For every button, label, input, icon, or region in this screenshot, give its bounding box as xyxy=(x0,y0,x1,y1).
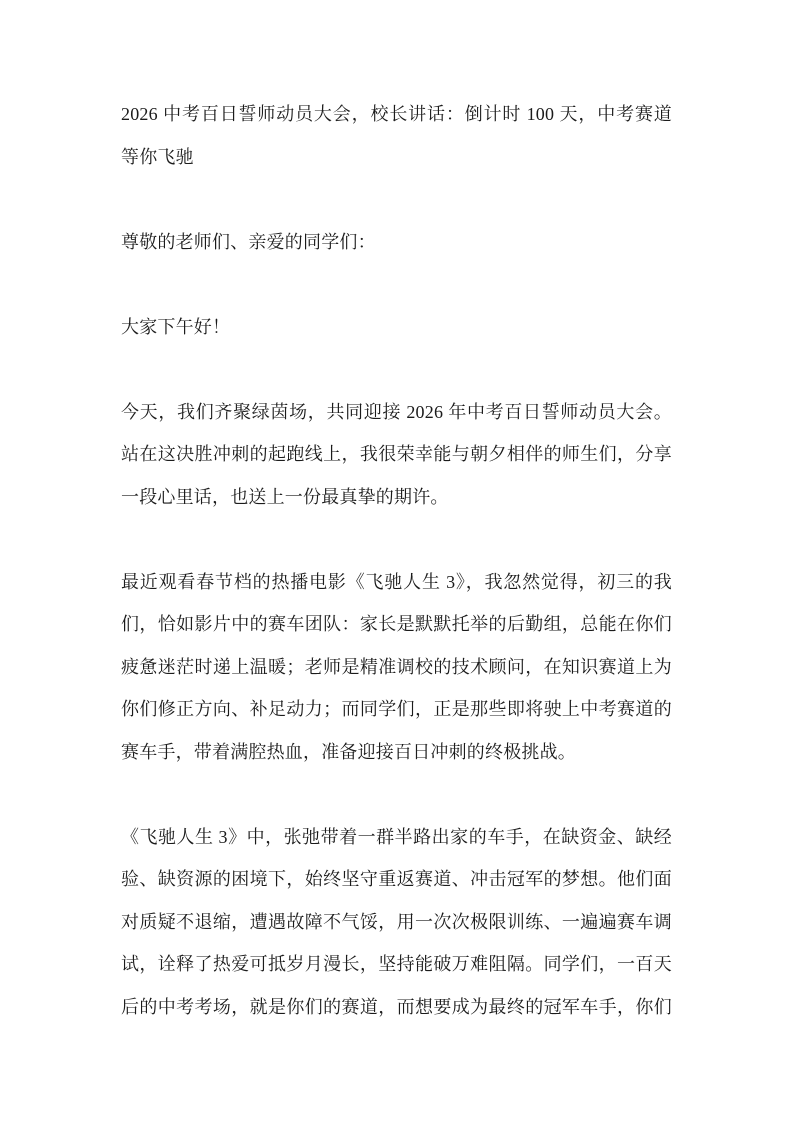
document-title: 2026 中考百日誓师动员大会，校长讲话：倒计时 100 天，中考赛道等你飞驰 xyxy=(121,93,672,178)
text-line: 尊敬的老师们、亲爱的同学们： xyxy=(121,221,672,264)
text-line: 对质疑不退缩，遭遇故障不气馁，用一次次极限训练、一遍遍赛车调 xyxy=(121,901,672,944)
text-line: 试，诠释了热爱可抵岁月漫长，坚持能破万难阻隔。同学们，一百天 xyxy=(121,943,672,986)
text-line: 验、缺资源的困境下，始终坚守重返赛道、冲击冠军的梦想。他们面 xyxy=(121,858,672,901)
text-line: 站在这决胜冲刺的起跑线上，我很荣幸能与朝夕相伴的师生们，分享 xyxy=(121,433,672,476)
text-line: 《飞驰人生 3》中，张弛带着一群半路出家的车手，在缺资金、缺经 xyxy=(121,816,672,859)
text-line: 等你飞驰 xyxy=(121,136,672,179)
text-line: 一段心里话，也送上一份最真挚的期许。 xyxy=(121,476,672,519)
text-line: 大家下午好！ xyxy=(121,306,672,349)
text-line: 赛车手，带着满腔热血，准备迎接百日冲刺的终极挑战。 xyxy=(121,731,672,774)
salutation: 尊敬的老师们、亲爱的同学们： xyxy=(121,221,672,264)
document-page: 2026 中考百日誓师动员大会，校长讲话：倒计时 100 天，中考赛道等你飞驰尊… xyxy=(0,0,793,1122)
text-line: 2026 中考百日誓师动员大会，校长讲话：倒计时 100 天，中考赛道 xyxy=(121,93,672,136)
document-body: 2026 中考百日誓师动员大会，校长讲话：倒计时 100 天，中考赛道等你飞驰尊… xyxy=(0,0,793,1028)
text-line: 最近观看春节档的热播电影《飞驰人生 3》，我忽然觉得，初三的我 xyxy=(121,561,672,604)
text-line: 你们修正方向、补足动力；而同学们，正是那些即将驶上中考赛道的 xyxy=(121,688,672,731)
greeting: 大家下午好！ xyxy=(121,306,672,349)
text-line: 们，恰如影片中的赛车团队：家长是默默托举的后勤组，总能在你们 xyxy=(121,603,672,646)
text-line: 疲惫迷茫时递上温暖；老师是精准调校的技术顾问，在知识赛道上为 xyxy=(121,646,672,689)
paragraph-zhangchi-story: 《飞驰人生 3》中，张弛带着一群半路出家的车手，在缺资金、缺经验、缺资源的困境下… xyxy=(121,816,672,1029)
text-line: 今天，我们齐聚绿茵场，共同迎接 2026 年中考百日誓师动员大会。 xyxy=(121,391,672,434)
document-viewport: { "page": { "background_color": "#ffffff… xyxy=(0,0,793,1122)
paragraph-movie-analogy: 最近观看春节档的热播电影《飞驰人生 3》，我忽然觉得，初三的我们，恰如影片中的赛… xyxy=(121,561,672,774)
paragraph-opening: 今天，我们齐聚绿茵场，共同迎接 2026 年中考百日誓师动员大会。站在这决胜冲刺… xyxy=(121,391,672,519)
text-line: 后的中考考场，就是你们的赛道，而想要成为最终的冠军车手，你们 xyxy=(121,986,672,1029)
